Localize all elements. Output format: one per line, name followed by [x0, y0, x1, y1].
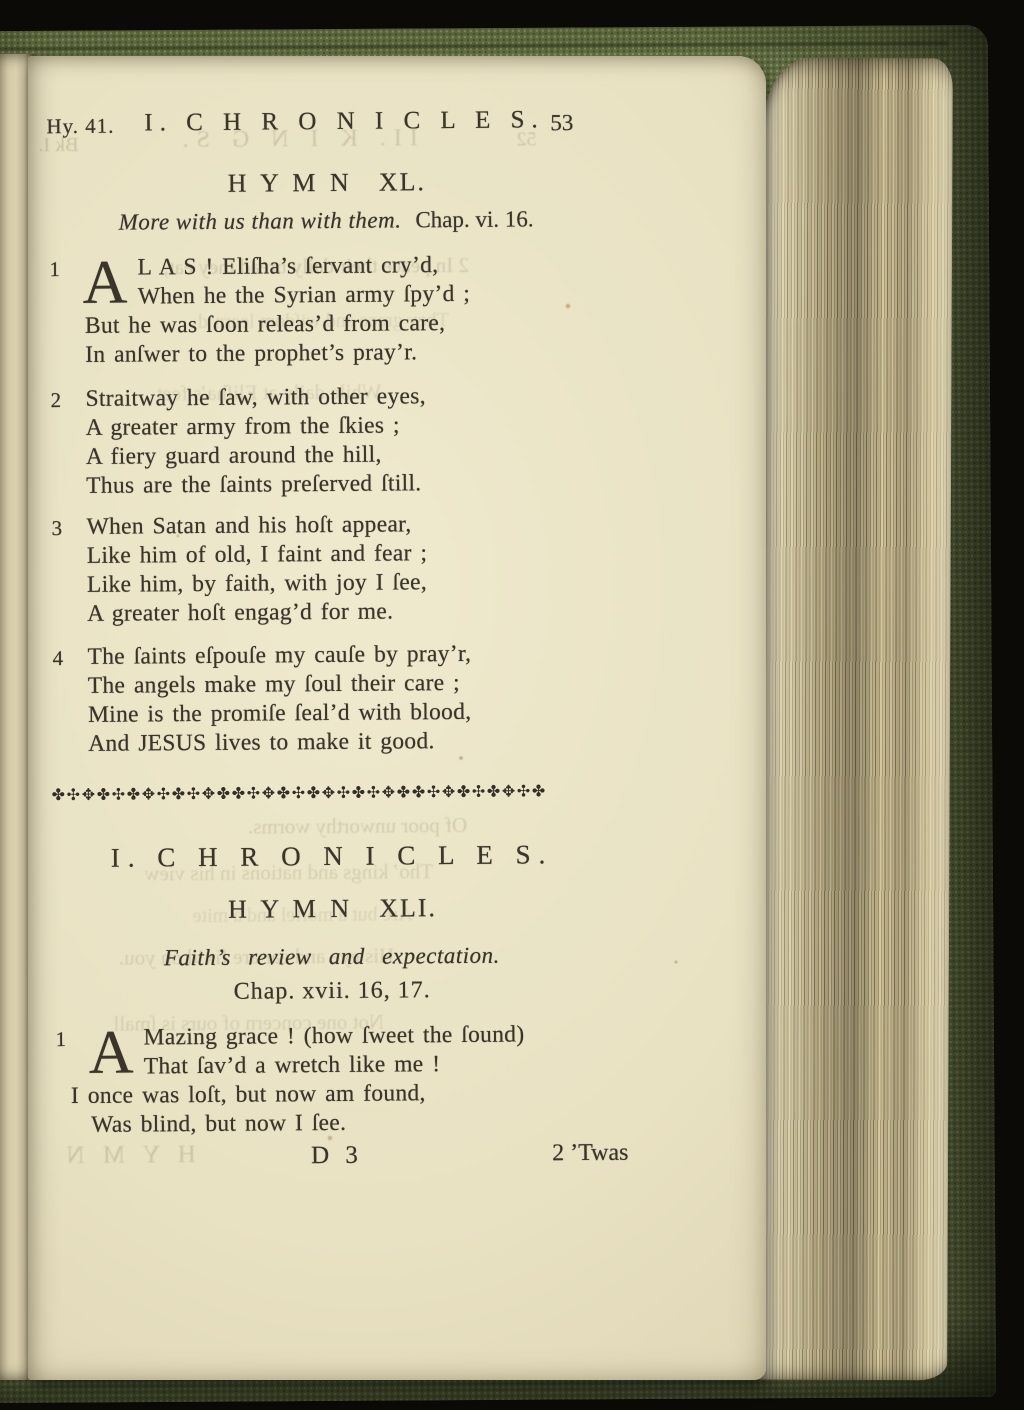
- verse-2: 2 Straitway he ſaw, with other eyes, A g…: [48, 381, 607, 501]
- verse-line: Straitway he ſaw, with other eyes,: [85, 381, 606, 414]
- verse-line: A greater hoſt engag’d for me.: [87, 596, 608, 629]
- verse-line: Mine is the promiſe ſeal’d with blood,: [88, 697, 609, 730]
- section-book-heading: I. C H R O N I C L E S.: [72, 839, 592, 874]
- hymn-xl-chapter-ref: Chap. vi. 16.: [415, 206, 533, 232]
- running-header: Hy. 41. I. C H R O N I C L E S. 53: [46, 106, 604, 144]
- book-fore-edge-pages: [757, 58, 953, 1381]
- verse-number: 3: [51, 516, 62, 541]
- drop-cap: A: [82, 257, 128, 311]
- verse-amazing-grace: 1 A Mazing grace ! (how ſweet the ſound)…: [53, 1020, 612, 1140]
- verse-line: Like him of old, I faint and fear ;: [87, 538, 608, 571]
- page-number: 53: [550, 110, 573, 136]
- hymn-xl-subtitle-row: More with us than with them.Chap. vi. 16…: [47, 206, 605, 236]
- signature-mark: D 3: [74, 1140, 594, 1172]
- hymn-word: H Y M N: [228, 894, 353, 924]
- running-book-title: I. C H R O N I C L E S.: [144, 106, 545, 137]
- verse-line: Was blind, but now I ſee.: [91, 1107, 612, 1140]
- hymn-xli-title: H Y M NXLI.: [72, 892, 592, 926]
- hymn-number: XLI.: [379, 893, 437, 922]
- verse-line: But he was ſoon releas’d from care,: [85, 308, 606, 341]
- verse-3: 3 When Satan and his hoſt appear, Like h…: [49, 509, 608, 629]
- verse-line: I once was loſt, but now am found,: [71, 1078, 612, 1111]
- hymn-number: XL.: [379, 167, 426, 196]
- ghost-line: Of poor unworthy worms.: [248, 813, 468, 840]
- verse-number: 2: [50, 388, 61, 413]
- hymn-xli-chapter-ref: Chap. xvii. 16, 17.: [53, 976, 611, 1007]
- hymn-xl-title: H Y M NXL.: [67, 166, 587, 200]
- verse-1: 1 A L A S ! Eliſha’s ſervant cry’d, When…: [47, 250, 606, 370]
- verse-line: When he the Syrian army ſpy’d ;: [92, 279, 606, 312]
- book-page: II. K I N G S.Bk I.522 In peace their da…: [28, 56, 766, 1380]
- verse-line: When Satan and his hoſt appear,: [86, 509, 607, 542]
- verse-4: 4 The ſaints eſpouſe my cauſe by pray’r,…: [50, 639, 609, 759]
- verse-line: Thus are the ſaints preſerved ſtill.: [86, 468, 607, 501]
- verse-number: 1: [55, 1027, 66, 1052]
- verse-number: 1: [49, 257, 60, 282]
- drop-cap: A: [88, 1027, 134, 1081]
- verse-line: The ſaints eſpouſe my cauſe by pray’r,: [87, 639, 608, 672]
- verse-line: Mazing grace ! (how ſweet the ſound): [90, 1020, 611, 1053]
- verse-line: A greater army from the ſkies ;: [86, 410, 607, 443]
- verse-number: 4: [52, 646, 63, 671]
- catchword: 2 ’Twas: [552, 1140, 629, 1168]
- photo-scene: II. K I N G S.Bk I.522 In peace their da…: [0, 0, 1024, 1410]
- verse-line: That ſav’d a wretch like me !: [115, 1049, 612, 1082]
- hymn-xl-subtitle: More with us than with them.: [119, 207, 402, 234]
- hymn-xli-subtitle: Faith’s review and expectation.: [53, 942, 611, 972]
- verse-line: And JESUS lives to make it good.: [88, 726, 609, 759]
- verse-line: L A S ! Eliſha’s ſervant cry’d,: [84, 250, 605, 283]
- verse-line: A fiery guard around the hill,: [86, 439, 607, 472]
- verse-line: In anſwer to the prophet’s pray’r.: [85, 337, 606, 370]
- hymn-reference: Hy. 41.: [46, 114, 114, 140]
- ornament-divider: ✤✣✥✤✣✤✥✣✤✣✥✤✤✣✥✤✣✤✥✣✤✣✥✤✤✣✥✤✣✤✥✣✤: [52, 781, 610, 804]
- hymn-word: H Y M N: [228, 168, 353, 198]
- page-content: II. K I N G S.Bk I.522 In peace their da…: [46, 54, 614, 1382]
- verse-line: The angels make my ſoul their care ;: [88, 668, 609, 701]
- verse-line: Like him, by faith, with joy I ſee,: [87, 567, 608, 600]
